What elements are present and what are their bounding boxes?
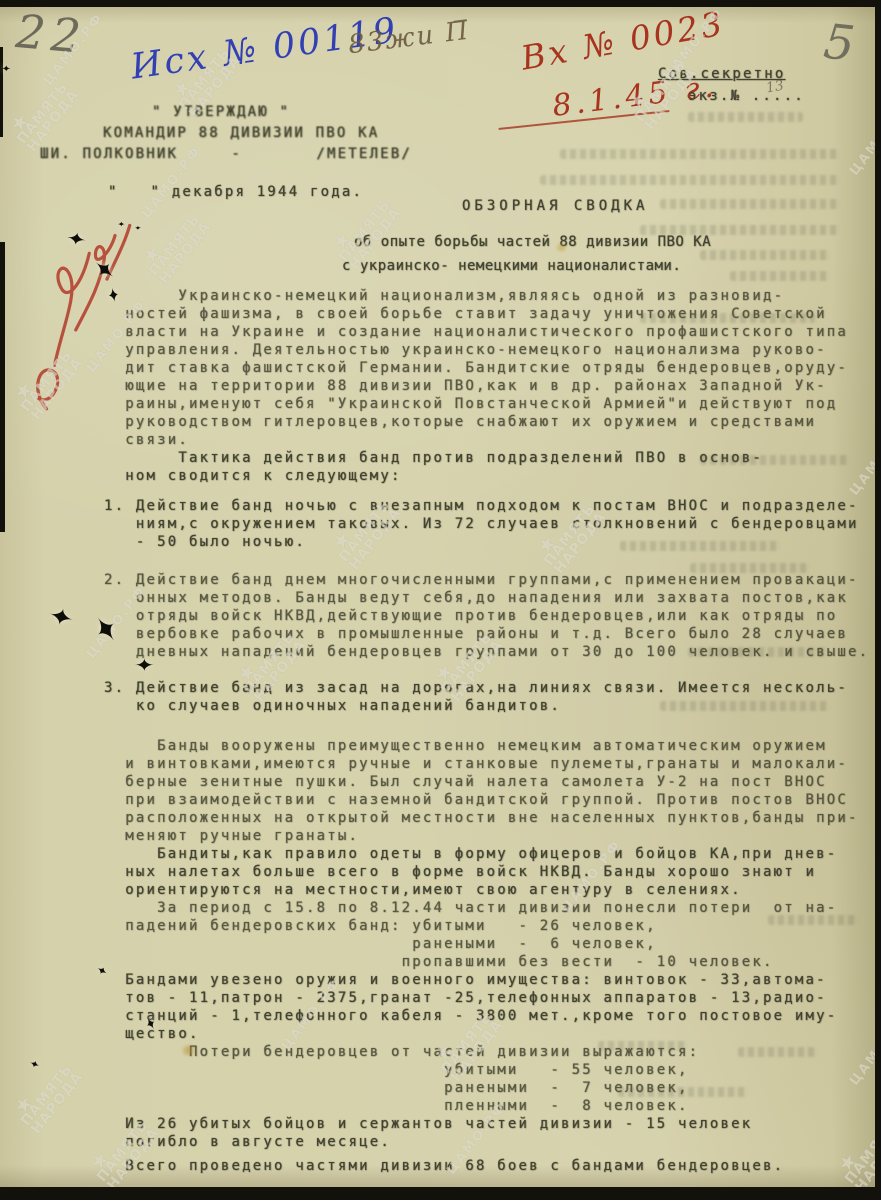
- document-body: Украинско-немецкий национализм,являясь о…: [104, 287, 864, 1175]
- document-page: 22 Исх № 00119 83жи П̅ Вх № 0023 8.1.45 …: [0, 7, 875, 1187]
- bleedthrough-artifact: [738, 1047, 818, 1057]
- bleedthrough-artifact: [690, 563, 810, 573]
- punch-hole: ✦: [45, 604, 77, 632]
- punch-hole: ✦: [134, 226, 141, 232]
- typewritten-paragraph: Украинско-немецкий национализм,являясь о…: [104, 287, 864, 449]
- approval-commander-line: КОМАНДИР 88 ДИВИЗИИ ПВО КА: [103, 124, 379, 142]
- approval-signature-line: ШИ. ПОЛКОВНИК - /МЕТЕЛЕВ/: [40, 145, 412, 163]
- star-icon: ★: [8, 72, 61, 134]
- punch-hole: ✦: [65, 229, 89, 249]
- punch-hole: ✦: [28, 1058, 42, 1071]
- scan-edge-right: [875, 0, 881, 1200]
- document-title: ОБЗОРНАЯ СВОДКА: [462, 197, 648, 215]
- page-number-pencil-right: 5: [821, 14, 857, 73]
- bleedthrough-artifact: [688, 647, 828, 657]
- typewritten-paragraph: Банды вооружены преимущественно немецким…: [104, 737, 864, 845]
- approval-word: " УТВЕРЖДАЮ ": [152, 103, 290, 121]
- typewritten-paragraph: Из 26 убитых бойцов и сержантов частей д…: [104, 1115, 864, 1151]
- document-subtitle-line2: с украинско- немецкими националистами.: [342, 257, 681, 275]
- paper-stain: [556, 243, 567, 252]
- bleedthrough-artifact: [700, 250, 830, 260]
- typewritten-paragraph: Бандиты,как правило одеты в форму офицер…: [104, 845, 864, 899]
- exemplar-line: экз.№ .....: [688, 87, 805, 105]
- typewritten-paragraph: За период с 15.8 по 8.12.44 части дивизи…: [104, 899, 864, 971]
- typewritten-paragraph: Бандами увезено оружия и военного имущес…: [104, 971, 864, 1043]
- bleedthrough-artifact: [768, 915, 858, 925]
- punch-hole: ✦: [134, 657, 155, 674]
- punch-hole: ✦: [1, 66, 11, 75]
- typewritten-paragraph: Всего проведено частями дивизии 68 боев …: [104, 1157, 864, 1175]
- bleedthrough-artifact: [640, 225, 840, 235]
- bleedthrough-artifact: [640, 313, 815, 323]
- project-watermark: ★ПАМЯТЬНАРОДА: [8, 1054, 85, 1137]
- bleedthrough-artifact: [560, 149, 840, 159]
- page-edge-left: [0, 47, 3, 137]
- bleedthrough-artifact: [688, 112, 803, 122]
- scanned-document: 22 Исх № 00119 83жи П̅ Вх № 0023 8.1.45 …: [0, 0, 881, 1200]
- scan-edge-bottom: [0, 1187, 881, 1200]
- bleedthrough-artifact: [620, 541, 780, 551]
- star-icon: ★: [140, 204, 193, 266]
- archive-watermark: ЦАМО.РФ: [847, 100, 875, 178]
- scan-edge-top: [0, 0, 881, 7]
- project-watermark: ★ПАМЯТЬНАРОДА: [4, 72, 81, 155]
- bleedthrough-artifact: [660, 199, 840, 209]
- exemplar-number-pencil: 13: [765, 78, 785, 97]
- approval-date-line: " " декабря 1944 года.: [108, 183, 363, 201]
- bleedthrough-artifact: [700, 455, 850, 465]
- bleedthrough-artifact: [598, 1041, 688, 1051]
- paper-stain: [182, 1045, 195, 1056]
- bleedthrough-artifact: [618, 1087, 748, 1097]
- punch-hole: ✦: [105, 286, 121, 305]
- bleedthrough-artifact: [660, 701, 830, 711]
- bleedthrough-artifact: [730, 271, 830, 281]
- punch-hole: ✦: [117, 222, 125, 229]
- document-subtitle-line1: об опыте борьбы частей 88 дивизии ПВО КА: [354, 233, 711, 251]
- bleedthrough-artifact: [540, 175, 840, 185]
- page-number-pencil-left: 22: [14, 7, 89, 64]
- red-ink-scrawl: [0, 186, 167, 419]
- page-edge-left: [0, 242, 5, 532]
